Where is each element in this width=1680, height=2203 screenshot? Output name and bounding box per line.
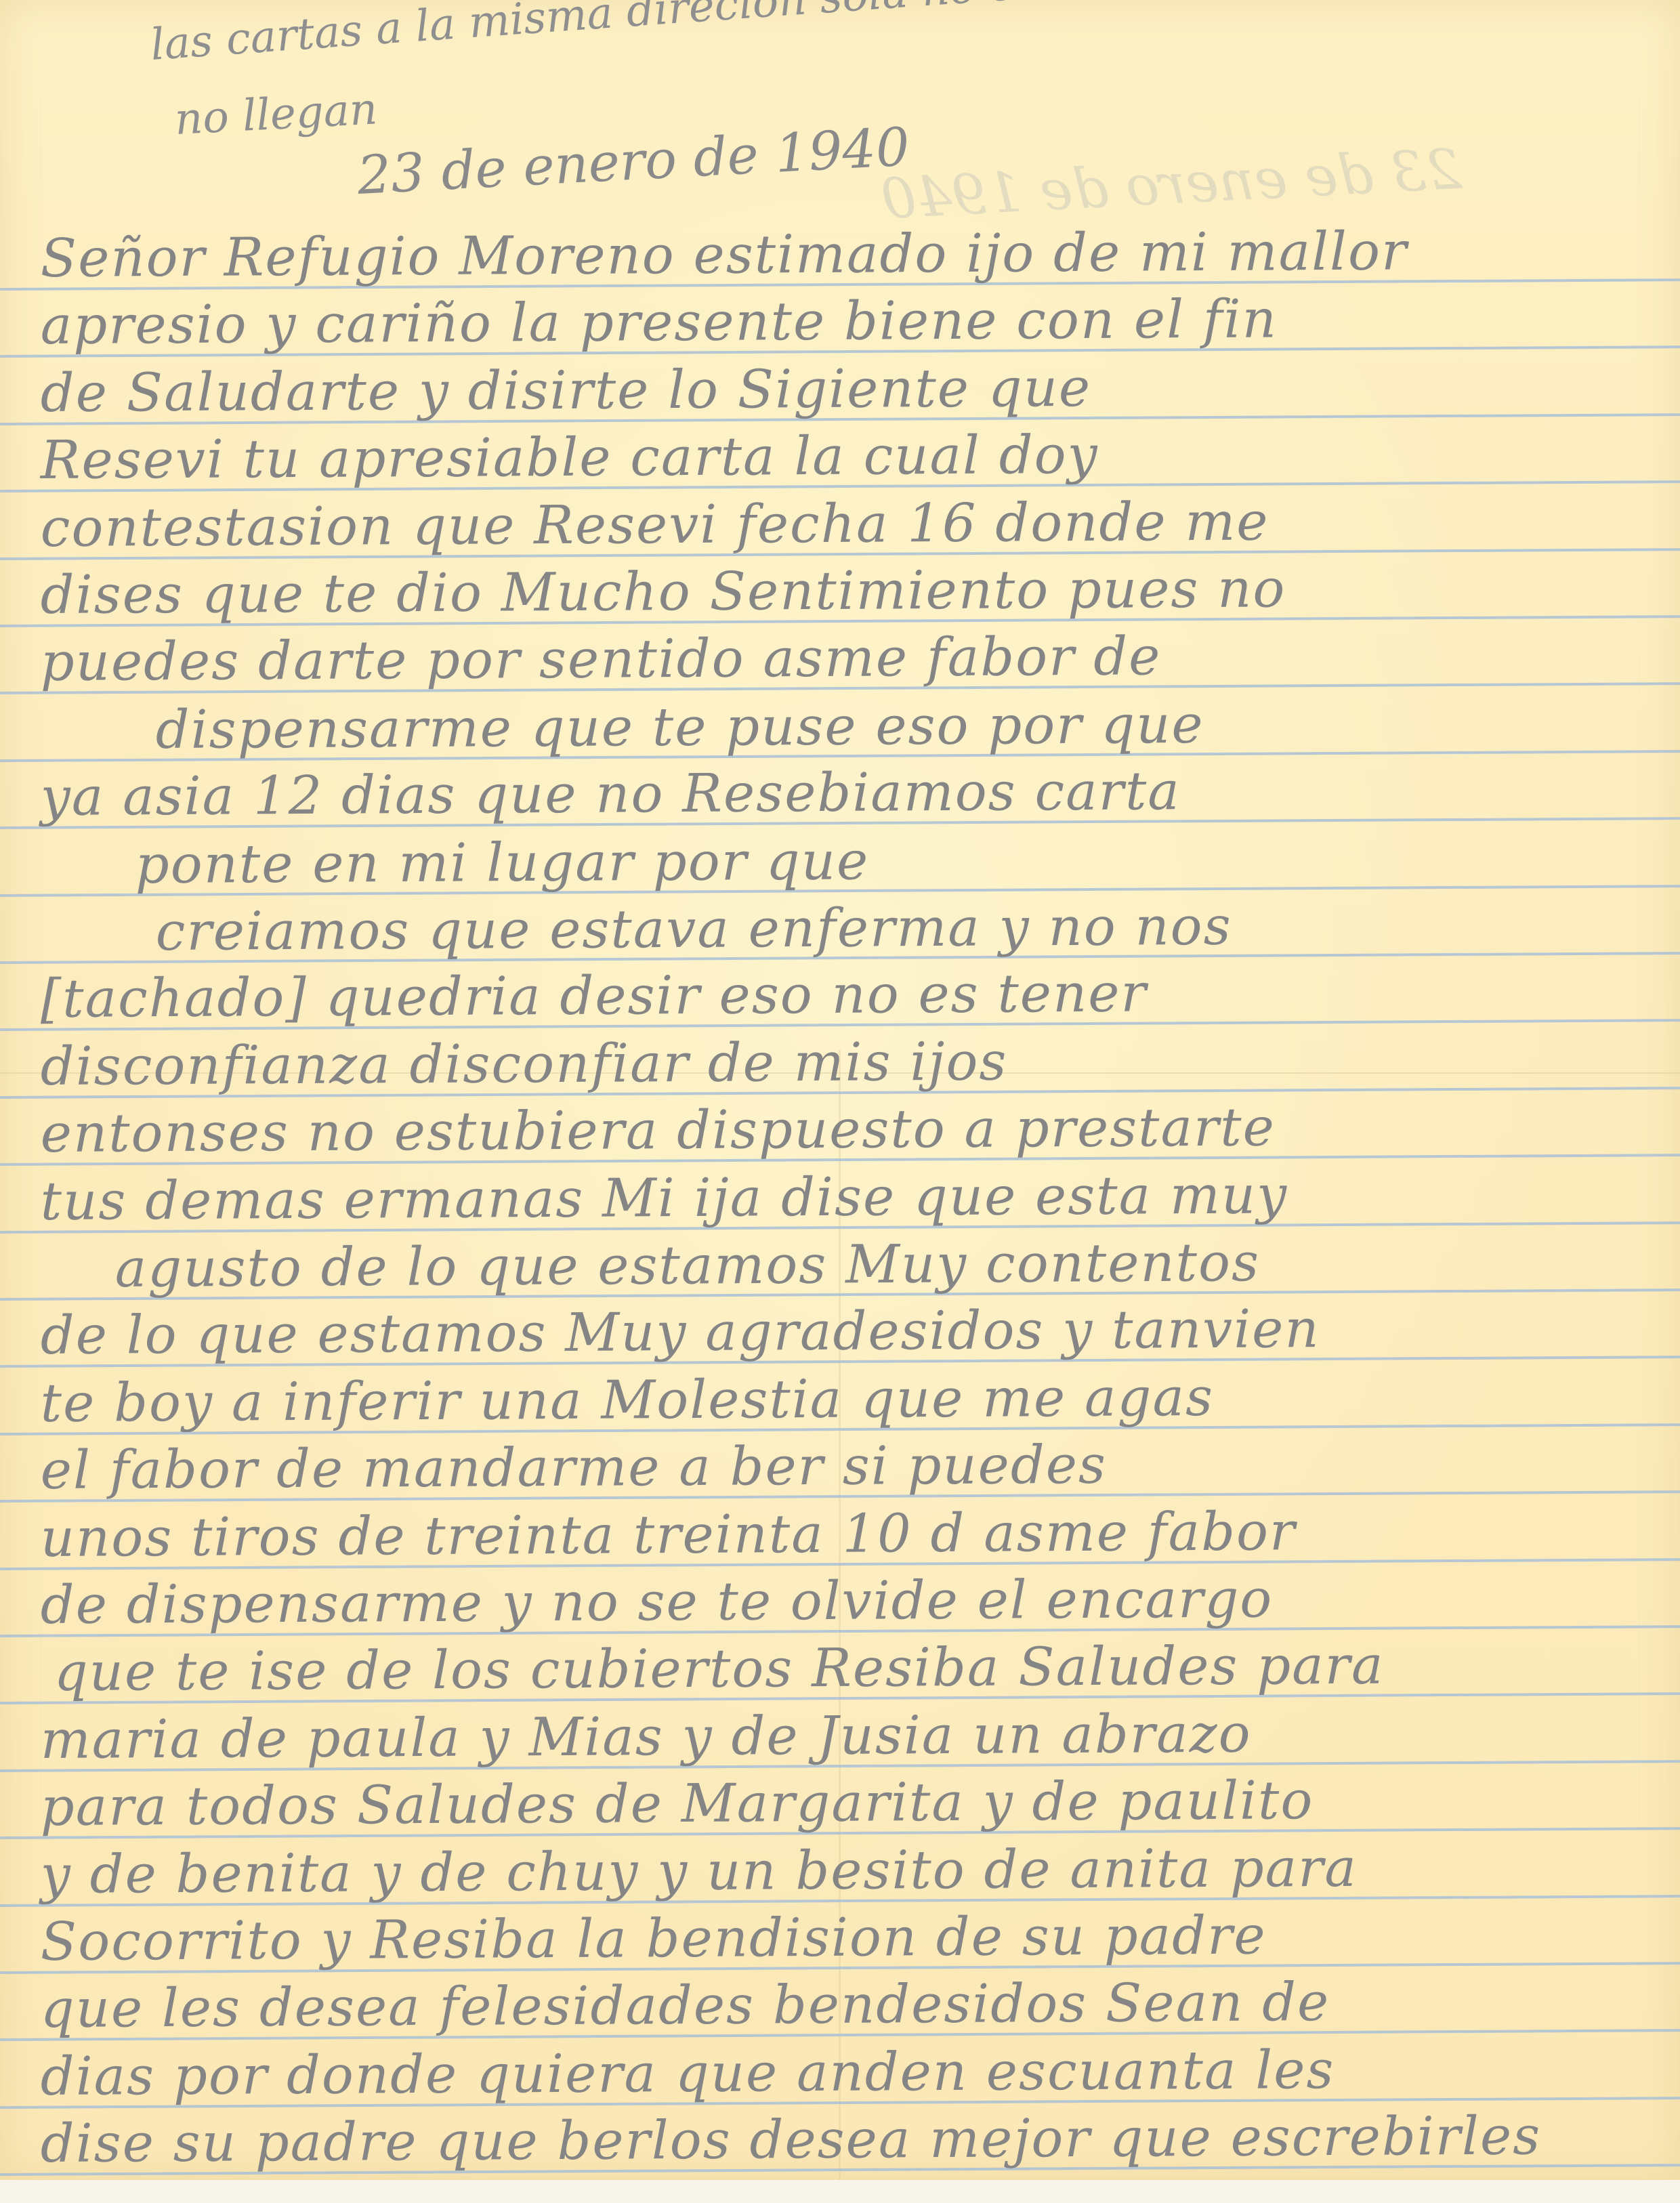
letter-line: agusto de lo que estamos Muy contentos — [115, 1236, 1261, 1295]
letter-line: maria de paula y Mias y de Jusia un abra… — [41, 1707, 1252, 1766]
scan-bottom-margin — [0, 2180, 1680, 2203]
top-margin-note-line-1: las cartas a la misma direcion sola no e… — [149, 0, 1246, 70]
letter-line: Señor Refugio Moreno estimado ijo de mi … — [41, 225, 1408, 285]
letter-line: puedes darte por sentido asme fabor de — [41, 631, 1162, 690]
letter-line: contestasion que Resevi fecha 16 donde m… — [41, 495, 1269, 554]
letter-page: las cartas a la misma direcion sola no e… — [0, 0, 1680, 2180]
letter-line: apresio y cariño la presente biene con e… — [41, 293, 1278, 353]
letter-line: te boy a inferir una Molestia que me aga… — [41, 1371, 1215, 1430]
letter-line: Socorrito y Resiba la bendision de su pa… — [41, 1910, 1267, 1969]
letter-line: que les desea felesidades bendesidos Sea… — [41, 1976, 1330, 2036]
letter-line: dias por donde quiera que anden escuanta… — [41, 2044, 1335, 2103]
letter-line: creiamos que estava enferma y no nos — [156, 900, 1232, 959]
letter-line: dise su padre que berlos desea mejor que… — [41, 2110, 1542, 2171]
letter-line: ponte en mi lugar por que — [135, 835, 870, 891]
letter-line: y de benita y de chuy y un besito de ani… — [41, 1841, 1358, 1901]
letter-line: disconfianza disconfiar de mis ijos — [41, 1035, 1008, 1093]
letter-line: Resevi tu apresiable carta la cual doy — [41, 429, 1099, 487]
letter-line: para todos Saludes de Margarita y de pau… — [41, 1774, 1314, 1834]
letter-line: dises que te dio Mucho Sentimiento pues … — [41, 562, 1286, 622]
letter-line: de dispensarme y no se te olvide el enca… — [41, 1572, 1274, 1632]
letter-date: 23 de enero de 1940 — [356, 117, 911, 207]
letter-line: que te ise de los cubiertos Resiba Salud… — [54, 1639, 1385, 1699]
letter-line: unos tiros de treinta treinta 10 d asme … — [41, 1505, 1297, 1565]
letter-line: entonses no estubiera dispuesto a presta… — [41, 1101, 1276, 1161]
letter-line: de lo que estamos Muy agradesidos y tanv… — [41, 1303, 1320, 1363]
letter-line: dispensarme que te puse eso por que — [156, 698, 1204, 757]
top-margin-note-line-2: no llegan — [173, 84, 379, 145]
show-through-date: 23 de enero de 1940 — [879, 138, 1463, 232]
letter-line: el fabor de mandarme a ber si puedes — [41, 1439, 1108, 1497]
letter-line: de Saludarte y disirte lo Sigiente que — [41, 362, 1092, 420]
letter-line: tus demas ermanas Mi ija dise que esta m… — [41, 1169, 1288, 1228]
letter-line: ya asia 12 dias que no Resebiamos carta — [41, 765, 1181, 824]
letter-line: [tachado] quedria desir eso no es tener — [41, 967, 1148, 1026]
